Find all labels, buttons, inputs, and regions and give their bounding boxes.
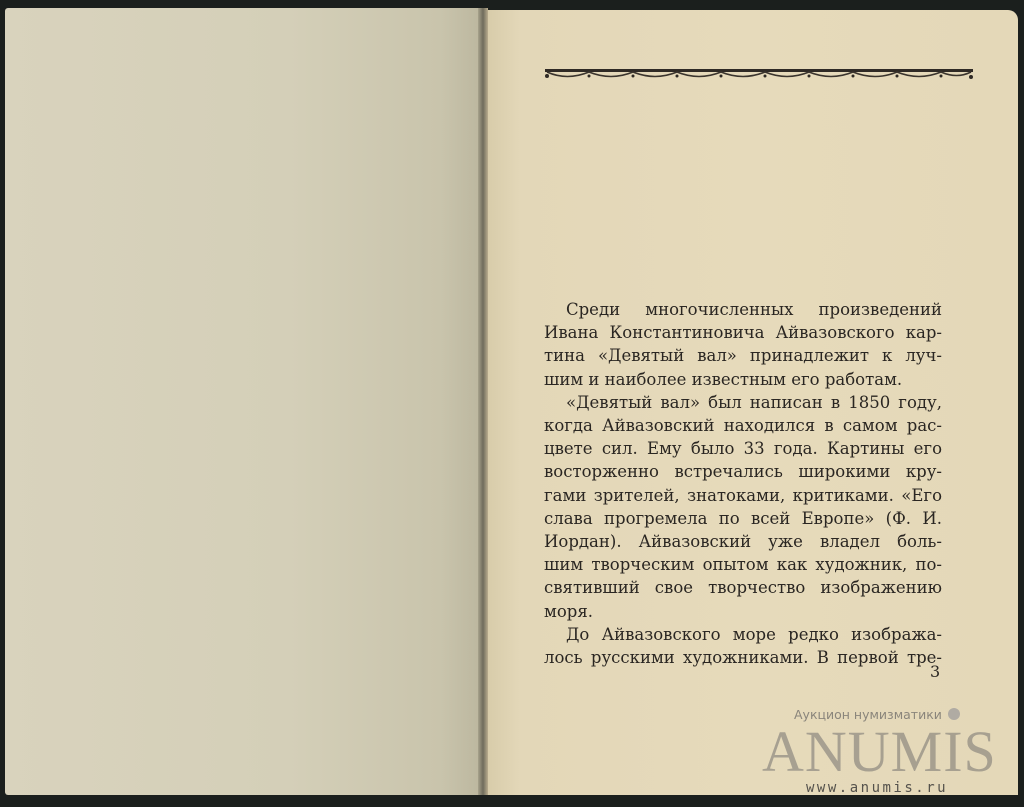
text-line: Ивана Константиновича Айвазовского кар-: [544, 321, 942, 344]
text-line: гами зрителей, знатоками, критиками. «Ег…: [544, 484, 942, 507]
text-line: слава прогремела по всей Европе» (Ф. И.: [544, 507, 942, 530]
body-text: Среди многочисленных произведений Ивана …: [544, 298, 942, 669]
text-line: моря.: [544, 600, 942, 623]
text-line: цвете сил. Ему было 33 года. Картины его: [544, 437, 942, 460]
text-line: «Девятый вал» был написан в 1850 году,: [544, 391, 942, 414]
page-number: 3: [930, 662, 940, 681]
watermark-logo: ANUMIS: [762, 718, 997, 785]
text-line: шим творческим опытом как художник, по-: [544, 553, 942, 576]
text-line: восторженно встречались широкими кру-: [544, 460, 942, 483]
scalloped-border-ornament: [545, 67, 973, 83]
book-spine: [478, 8, 488, 795]
text-line: Среди многочисленных произведений: [544, 298, 942, 321]
text-line: тина «Девятый вал» принадлежит к луч-: [544, 344, 942, 367]
left-page: [5, 8, 478, 795]
watermark-url: www.anumis.ru: [806, 780, 948, 796]
text-line: Иордан). Айвазовский уже владел боль-: [544, 530, 942, 553]
text-line: До Айвазовского море редко изобража-: [544, 623, 942, 646]
text-line: лось русскими художниками. В первой тре-: [544, 646, 942, 669]
right-page: Среди многочисленных произведений Ивана …: [488, 10, 1018, 795]
text-line: шим и наиболее известным его работам.: [544, 368, 942, 391]
text-line: когда Айвазовский находился в самом рас-: [544, 414, 942, 437]
text-line: святивший свое творчество изображению: [544, 576, 942, 599]
